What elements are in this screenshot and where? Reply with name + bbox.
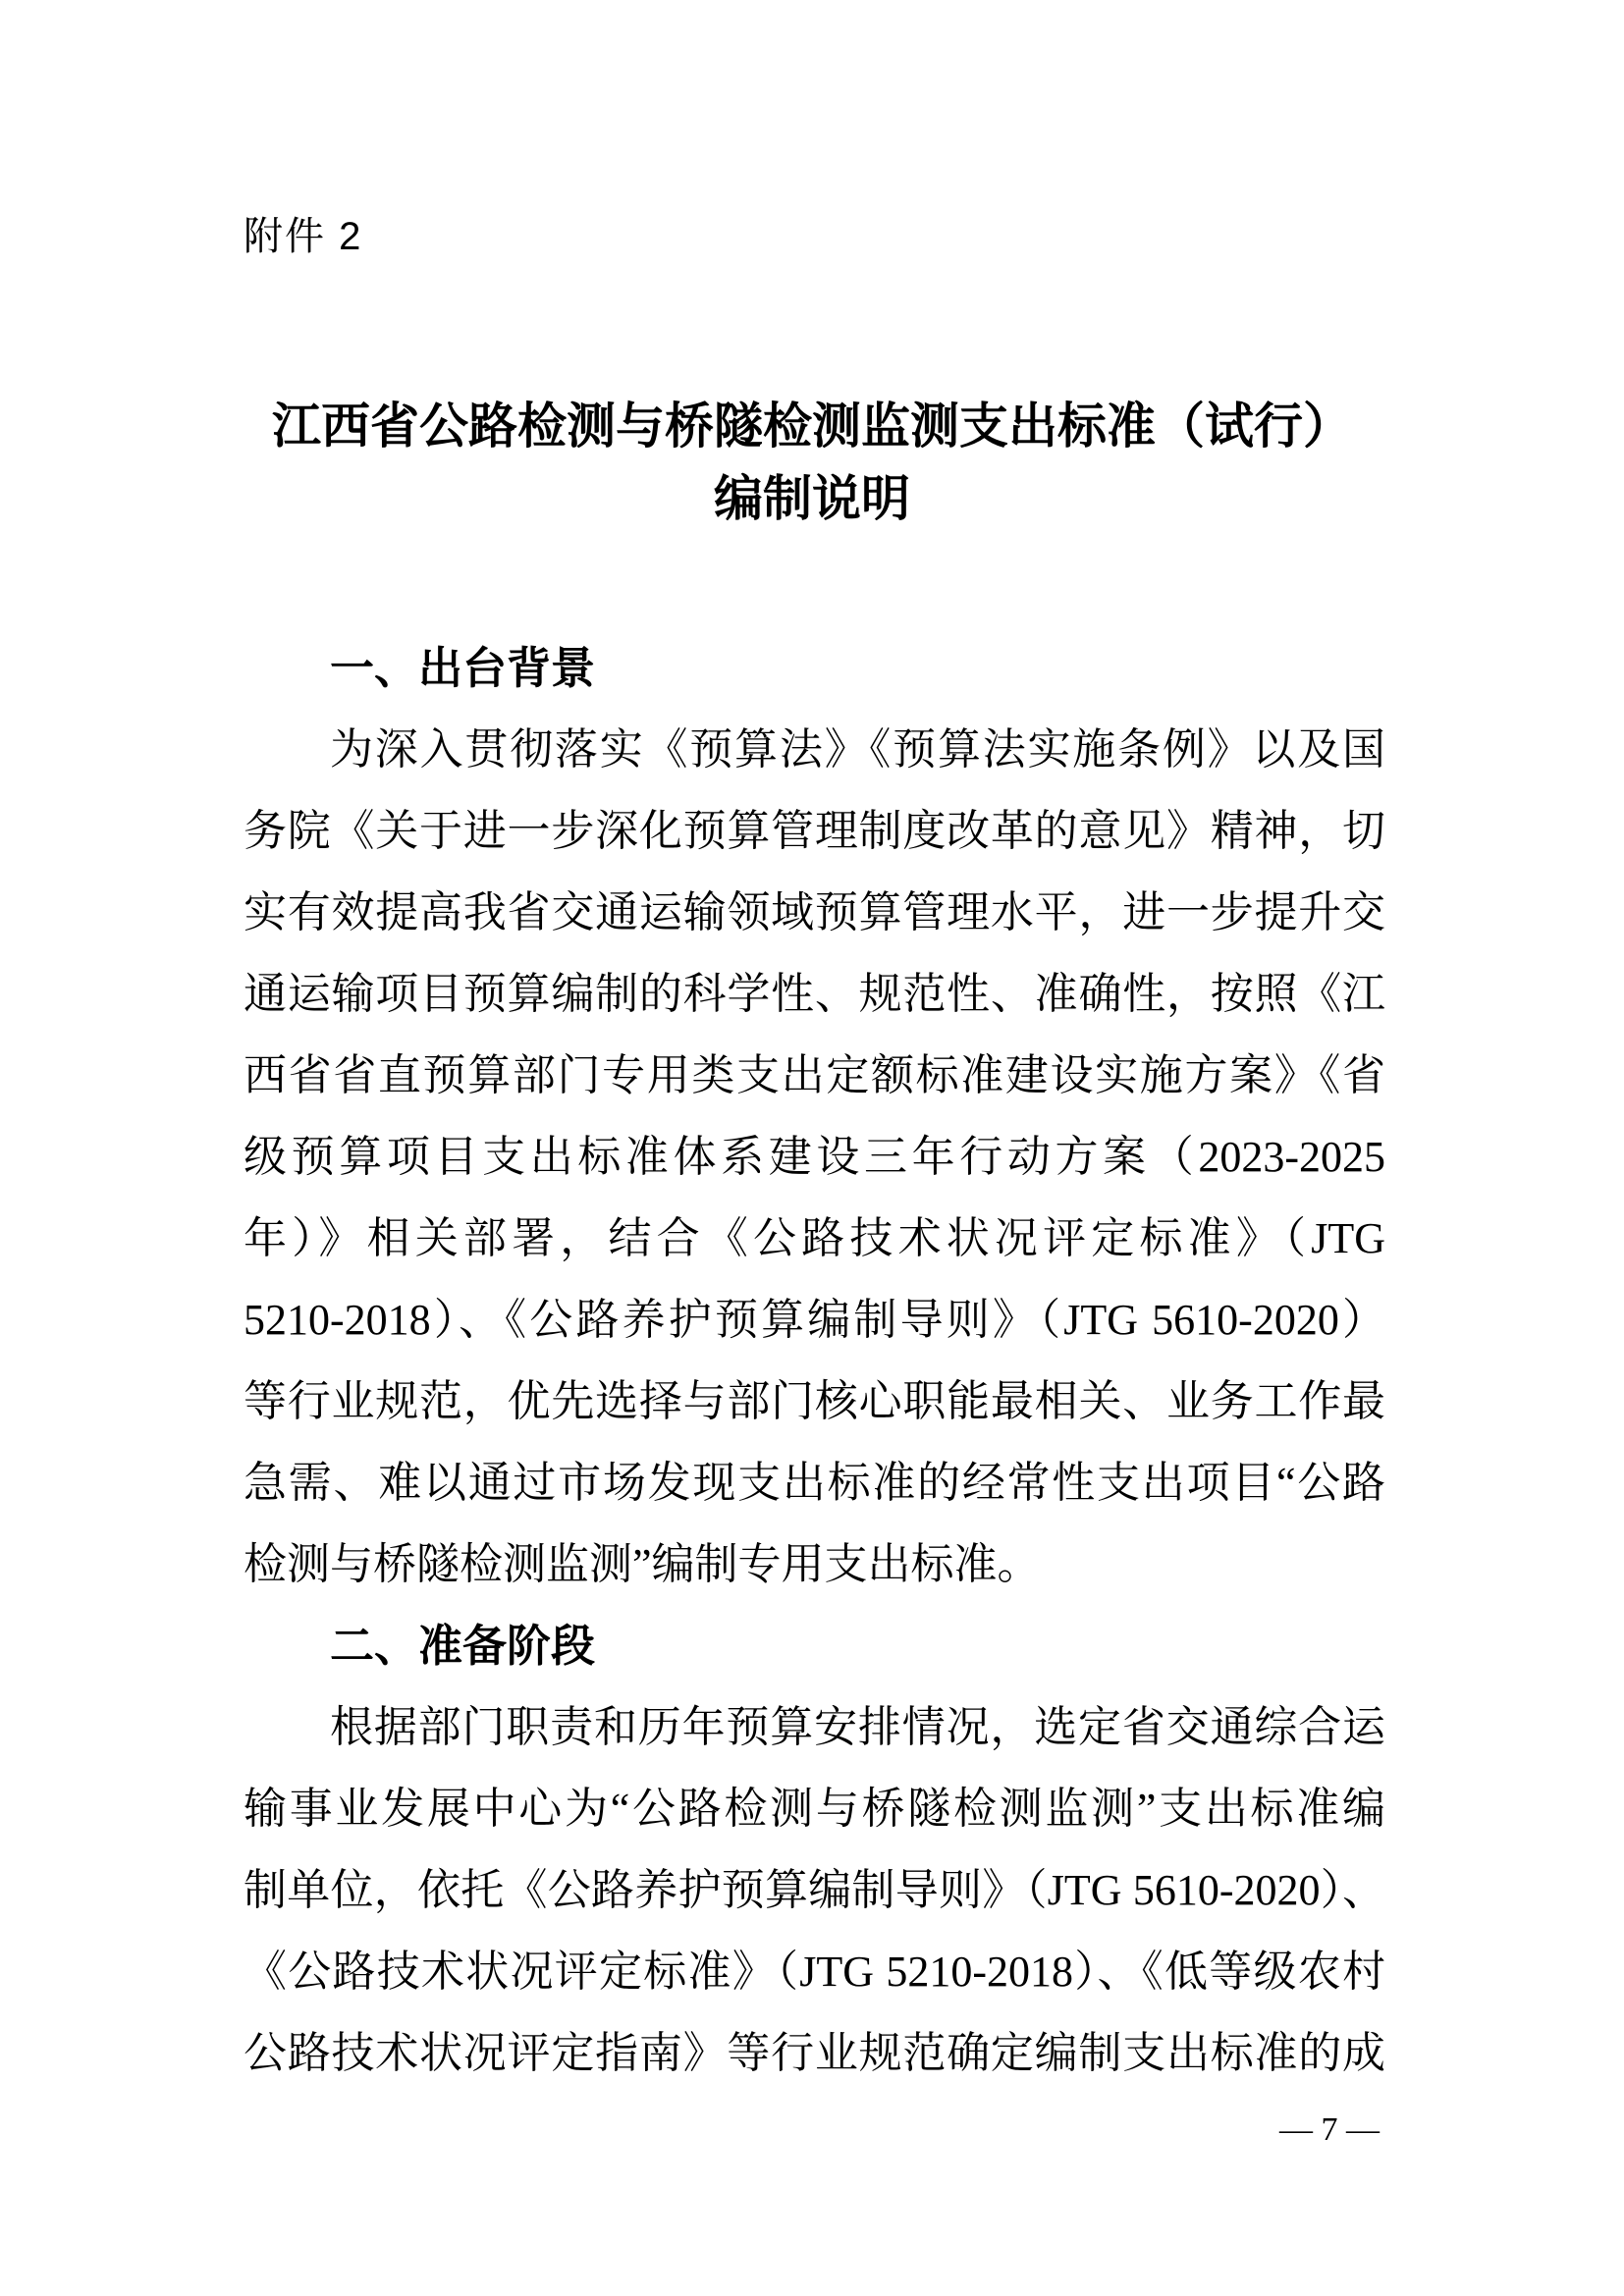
body-line: 5210-2018）、《公路养护预算编制导则》（JTG 5610-2020） xyxy=(244,1279,1385,1361)
body-line: 急需、难以通过市场发现支出标准的经常性支出项目“公路 xyxy=(244,1442,1385,1523)
document-title-line2: 编制说明 xyxy=(0,462,1624,535)
body-line: 务院《关于进一步深化预算管理制度改革的意见》精神，切 xyxy=(244,790,1385,872)
section-heading-background: 一、出台背景 xyxy=(244,627,1385,709)
section-heading-preparation: 二、准备阶段 xyxy=(244,1605,1385,1686)
body-line: 输事业发展中心为“公路检测与桥隧检测监测”支出标准编 xyxy=(244,1768,1385,1849)
document-page: 附件 2 江西省公路检测与桥隧检测监测支出标准（试行） 编制说明 一、出台背景 … xyxy=(0,0,1624,2296)
attachment-label: 附件 2 xyxy=(244,215,362,258)
body-line: 通运输项目预算编制的科学性、规范性、准确性，按照《江 xyxy=(244,953,1385,1035)
body-line: 实有效提高我省交通运输领域预算管理水平，进一步提升交 xyxy=(244,872,1385,953)
document-title-line1: 江西省公路检测与桥隧检测监测支出标准（试行） xyxy=(0,390,1624,462)
body-line: 西省省直预算部门专用类支出定额标准建设实施方案》《省 xyxy=(244,1035,1385,1116)
body-line: 等行业规范，优先选择与部门核心职能最相关、业务工作最 xyxy=(244,1361,1385,1442)
body-line: 《公路技术状况评定标准》（JTG 5210-2018）、《低等级农村 xyxy=(244,1931,1385,2012)
page-number: — 7 — xyxy=(1261,2109,1398,2152)
body-line: 年）》相关部署，结合《公路技术状况评定标准》（JTG xyxy=(244,1198,1385,1279)
body-line: 根据部门职责和历年预算安排情况，选定省交通综合运 xyxy=(244,1686,1385,1768)
body-line: 为深入贯彻落实《预算法》《预算法实施条例》以及国 xyxy=(244,709,1385,790)
document-body: 一、出台背景 为深入贯彻落实《预算法》《预算法实施条例》以及国 务院《关于进一步… xyxy=(244,627,1385,2094)
body-line: 级预算项目支出标准体系建设三年行动方案（2023-2025 xyxy=(244,1116,1385,1198)
body-line: 制单位，依托《公路养护预算编制导则》（JTG 5610-2020）、 xyxy=(244,1849,1385,1931)
body-line: 检测与桥隧检测监测”编制专用支出标准。 xyxy=(244,1523,1385,1605)
document-title: 江西省公路检测与桥隧检测监测支出标准（试行） 编制说明 xyxy=(0,390,1624,535)
body-line: 公路技术状况评定指南》等行业规范确定编制支出标准的成 xyxy=(244,2012,1385,2094)
